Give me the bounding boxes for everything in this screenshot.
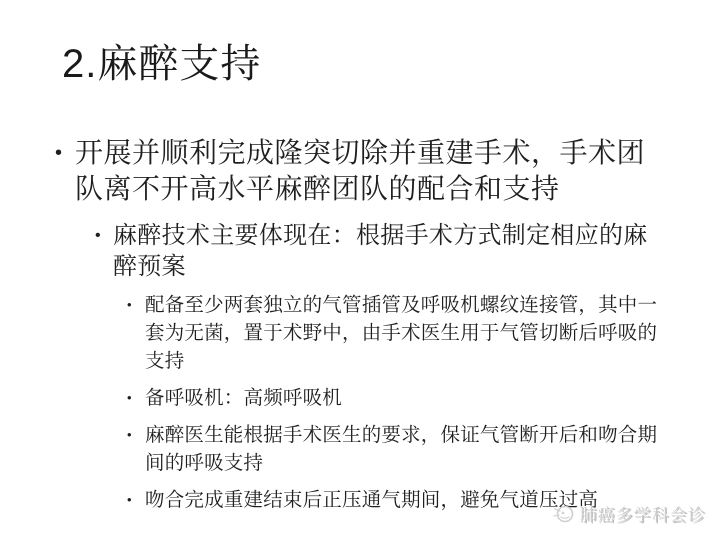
- watermark: 肺癌多学科会诊: [552, 501, 706, 526]
- slide-title: 2.麻醉支持: [62, 40, 690, 88]
- bullet-text-level1: 开展并顺利完成隆突切除并重建手术，手术团队离不开高水平麻醉团队的配合和支持: [75, 135, 665, 207]
- bullet-item-level2: • 麻醉技术主要体现在：根据手术方式制定相应的麻醉预案: [95, 220, 690, 282]
- bullet-marker-icon: •: [127, 421, 145, 449]
- bullet-text-level2: 麻醉技术主要体现在：根据手术方式制定相应的麻醉预案: [113, 220, 665, 282]
- bullet-item-level3: • 麻醉医生能根据手术医生的要求，保证气管断开后和吻合期间的呼吸支持: [127, 421, 690, 477]
- watermark-label: 肺癌多学科会诊: [580, 501, 706, 526]
- bullet-marker-icon: •: [95, 220, 113, 251]
- bullet-marker-icon: •: [127, 384, 145, 412]
- bullet-item-level3: • 配备至少两套独立的气管插管及呼吸机螺纹连接管，其中一套为无菌，置于术野中，由…: [127, 291, 690, 375]
- bullet-marker-icon: •: [127, 486, 145, 514]
- bullet-marker-icon: •: [127, 291, 145, 319]
- bullet-item-level3: • 备呼吸机：高频呼吸机: [127, 384, 690, 412]
- bullet-group-level3: • 配备至少两套独立的气管插管及呼吸机螺纹连接管，其中一套为无菌，置于术野中，由…: [127, 291, 690, 514]
- bullet-text-level3: 配备至少两套独立的气管插管及呼吸机螺纹连接管，其中一套为无菌，置于术野中，由手术…: [145, 291, 667, 375]
- bullet-marker-icon: •: [55, 135, 75, 171]
- bullet-text-level3: 备呼吸机：高频呼吸机: [145, 384, 667, 412]
- watermark-logo-icon: [552, 503, 576, 525]
- bullet-item-level1: • 开展并顺利完成隆突切除并重建手术，手术团队离不开高水平麻醉团队的配合和支持: [55, 135, 690, 207]
- bullet-text-level3: 麻醉医生能根据手术医生的要求，保证气管断开后和吻合期间的呼吸支持: [145, 421, 667, 477]
- slide-canvas: 2.麻醉支持 • 开展并顺利完成隆突切除并重建手术，手术团队离不开高水平麻醉团队…: [0, 0, 720, 540]
